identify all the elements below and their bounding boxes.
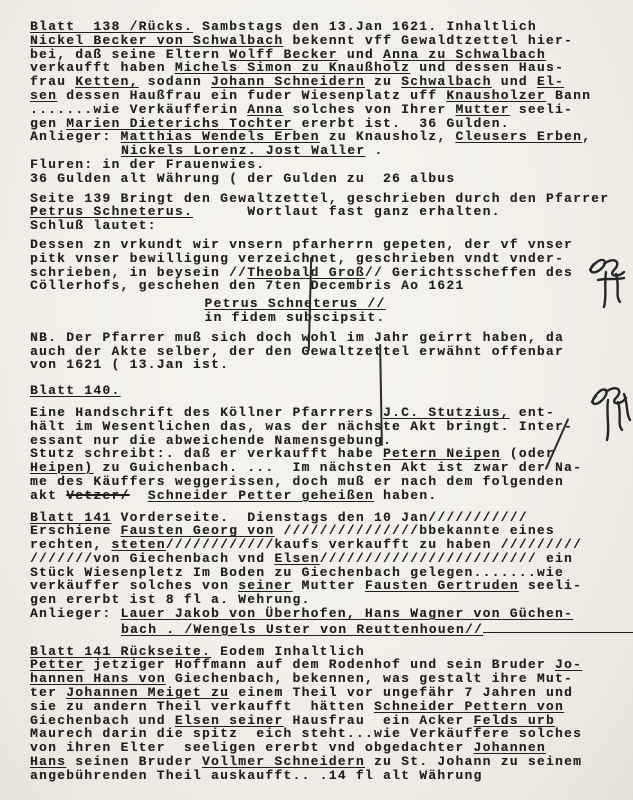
underlined-text: Nickel Becker von Schwalbach [30,33,283,48]
document-line: auch der Akte selber, der den Gewaltzett… [30,345,620,359]
text-run: Sambstags den 13.Jan 1621. Inhaltlich [193,19,537,34]
document-line: Anlieger: Lauer Jakob von Überhofen, Han… [30,607,620,621]
text-run: Anlieger: [30,606,121,621]
text-run: haben. [374,488,437,503]
document-line: von ihren Elter seeligen ererbt vnd obge… [30,741,620,755]
underlined-text: Wolff Becker [229,47,338,62]
document-line: verkaufft haben Michels Simon zu Knaußho… [30,61,620,75]
text-run: , [582,129,591,144]
underlined-text: Vollmer Schneidern [202,754,365,769]
text-run: dessen Haußfrau ein fuder Wiesenplatz uf… [57,88,446,103]
underlined-text: El- [537,74,564,89]
text-run: zu Knausholz, [320,129,456,144]
document-line: Blatt 141 Rückseite. Eodem Inhaltlich [30,645,620,659]
underlined-text: Matthias Wendels Erben [121,129,320,144]
text-run: sie zu andern Theil verkaufft hätten [30,699,374,714]
text-run: auch der Akte selber, der den Gewaltzett… [30,344,564,359]
document-line: essant nur die abweichende Namensgebung. [30,434,620,448]
text-run: ///////////////bbekannte eines [274,523,555,538]
underlined-text: J.C. Stutzius, [383,405,510,420]
document-line: Schluß lautet: [30,219,620,233]
text-run: Maurech darin die spitz eich steht...wie… [30,726,582,741]
text-run: Erschiene [30,523,121,538]
document-line: Blatt 138 /Rücks. Sambstags den 13.Jan 1… [30,20,620,34]
text-run: seeli- [519,578,582,593]
underlined-text: Fausten Georg von [121,523,275,538]
text-run: 36 Gulden alt Währung ( der Gulden zu 26… [30,171,455,186]
text-run: pitk vnser bewilligung verzeichnet, gesc… [30,251,564,266]
document-line: Anlieger: Matthias Wendels Erben zu Knau… [30,130,620,144]
text-run: ererbt ist. 36 Gulden. [293,116,510,131]
underlined-text: Elsen [274,551,319,566]
document-line: sen dessen Haußfrau ein fuder Wiesenplat… [30,89,620,103]
underlined-text: seiner [238,578,292,593]
underlined-text: Fausten Gertruden [365,578,519,593]
scanned-document-page: Blatt 138 /Rücks. Sambstags den 13.Jan 1… [0,0,633,800]
document-line: von 1621 ( 13.Jan ist. [30,358,620,372]
document-line: Stutz schreibt:. daß er verkaufft habe P… [30,447,620,461]
document-line: Maurech darin die spitz eich steht...wie… [30,727,620,741]
document-line: Hans seinen Bruder Vollmer Schneidern zu… [30,755,620,769]
underlined-text: Schneider Petter geheißen [148,488,374,503]
underlined-text: Johann Schneidern [211,74,365,89]
document-line: Fluren: in der Frauenwies. [30,158,620,172]
document-line: frau Ketten, sodann Johann Schneidern zu… [30,75,620,89]
text-run: Vorderseite. Dienstags den 10 Jan///////… [111,510,527,525]
handwritten-initials-icon [588,380,632,451]
document-line: hannen Hans von Giechenbach, bekennen, w… [30,672,620,686]
underlined-text: Elsen seiner [175,713,284,728]
text-run: zu [365,74,401,89]
handwritten-initials-icon [584,250,632,319]
underlined-text: Jo- [555,657,582,672]
text-run: Giechenbach und [30,713,175,728]
extended-underline-rule [483,621,633,633]
text-run: schrieben, in beysein // [30,265,247,280]
document-line: ///////von Giechenbach vnd Elsen////////… [30,552,620,566]
text-run: von 1621 ( 13.Jan ist. [30,357,229,372]
text-run [130,488,148,503]
text-run: seeli- [510,102,573,117]
text-run: bekennt vff Gewaldtzettel hier- [283,33,573,48]
document-line: .......wie Verkäufferin Anna solches von… [30,103,620,117]
document-line: Petrus Schneterus. Wortlaut fast ganz er… [30,205,620,219]
document-line: Eine Handschrift des Köllner Pfarrrers J… [30,406,620,420]
text-run: // Gerichtsscheffen des [365,265,573,280]
underlined-text: Nickels Lorenz. Jost Waller [121,143,365,158]
underlined-text: Ketten, [75,74,138,89]
text-run: Dessen zn vrkundt wir vnsern pfarherrn g… [30,237,573,252]
document-line: 36 Gulden alt Währung ( der Gulden zu 26… [30,172,620,186]
document-line: Blatt 141 Vorderseite. Dienstags den 10 … [30,511,620,525]
text-run: me des Käuffers weggerissen, doch muß er… [30,474,564,489]
text-run: Wortlaut fast ganz erhalten. [193,204,501,219]
document-line: Blatt 140. [30,384,620,398]
text-run: Cöllerhofs, geschehen den 7ten Decembris… [30,278,464,293]
underlined-text: Theobald Groß [247,265,365,280]
text-run: gen [30,116,66,131]
underlined-text: Anna zu Schwalbach [383,47,546,62]
underlined-text: Johannen Meiget zu [66,685,229,700]
document-line: gen ererbt ist 8 fl a. Wehrung. [30,593,620,607]
underlined-text: Blatt 140. [30,383,121,398]
text-run: NB. Der Pfarrer muß sich doch wohl im Ja… [30,330,564,345]
underlined-text: sen [30,88,57,103]
text-run: frau [30,74,75,89]
document-line: NB. Der Pfarrer muß sich doch wohl im Ja… [30,331,620,345]
document-line: Stück Wiesenpletz Im Boden zu Giechenbac… [30,566,620,580]
text-run: ter [30,685,66,700]
document-line: Nickels Lorenz. Jost Waller . [30,144,620,158]
text-run: zu St. Johann zu seinem [365,754,582,769]
text-run: in fidem subscipsit. [204,310,385,325]
document-line: rechten, steten////////////kaufs verkauf… [30,538,620,552]
text-run: Eodem Inhaltlich [211,644,365,659]
text-run: sodann [139,74,211,89]
text-run: rechten, [30,537,111,552]
text-run: Seite 139 Bringt den Gewaltzettel, gesch… [30,191,609,206]
document-line: hält im Wesentlichen das, was der nächst… [30,420,620,434]
text-run: Mutter [293,578,365,593]
text-run: und dessen Haus- [410,60,564,75]
text-run: jetziger Hoffmann auf dem Rodenhof und s… [84,657,555,672]
underlined-text: Blatt 138 /Rücks. [30,19,193,34]
document-line: Dessen zn vrkundt wir vnsern pfarherrn g… [30,238,620,252]
text-run: ent- [510,405,555,420]
text-run: verkaufft haben [30,60,175,75]
text-run: hält im Wesentlichen das, was der nächst… [30,419,573,434]
underlined-text: Petrus Schneterus // [204,296,385,311]
document-line: akt Vetzer/ Schneider Petter geheißen ha… [30,489,620,503]
text-run: .......wie Verkäufferin [30,102,247,117]
document-line: Nickel Becker von Schwalbach bekennt vff… [30,34,620,48]
text-run: Schluß lautet: [30,218,157,233]
document-line: ter Johannen Meiget zu einem Theil vor u… [30,686,620,700]
underlined-text: Petern Neipen [383,446,501,461]
underlined-text: Blatt 141 [30,510,111,525]
document-line: bach . /Wengels Uster von Reuttenhouen// [30,621,620,637]
document-line: Seite 139 Bringt den Gewaltzettel, gesch… [30,192,620,206]
underlined-text: Anna [247,102,283,117]
underlined-text: Cleusers Erben [455,129,582,144]
underlined-text: Blatt 141 Rückseite. [30,644,211,659]
text-run: angebührenden Theil auskaufft.. .14 fl a… [30,768,483,783]
underlined-text: Michels Simon zu Knaußholz [175,60,410,75]
text-run: und [338,47,383,62]
underlined-text: Schwalbach [401,74,492,89]
document-line: schrieben, in beysein //Theobald Groß// … [30,266,620,280]
text-run: Bann [546,88,591,103]
struck-out-text: Vetzer/ [66,488,129,503]
text-run: Eine Handschrift des Köllner Pfarrrers [30,405,383,420]
underlined-text: steten [111,537,165,552]
text-run: Anlieger: [30,129,121,144]
document-line: Petrus Schneterus // [30,297,620,311]
document-line: Petter jetziger Hoffmann auf dem Rodenho… [30,658,620,672]
document-line: Heipen) zu Guichenbach. ... Im nächsten … [30,461,620,475]
text-run: . [365,143,383,158]
document-line: gen Marien Dieterichs Tochter ererbt ist… [30,117,620,131]
text-run: verkäuffer solches von [30,578,238,593]
text-run: ////////////kaufs verkaufft zu haben ///… [166,537,582,552]
underlined-text: Felds urb [474,713,555,728]
text-run: essant nur die abweichende Namensgebung. [30,433,392,448]
text-run: Hausfrau ein Acker [283,713,473,728]
underlined-text: Lauer Jakob von Überhofen, Hans Wagner v… [121,606,574,621]
document-line: pitk vnser bewilligung verzeichnet, gesc… [30,252,620,266]
typewritten-text-block: Blatt 138 /Rücks. Sambstags den 13.Jan 1… [30,20,620,783]
text-run: //////////////////////// ein [320,551,573,566]
underlined-text: Petter [30,657,84,672]
underlined-text: Petrus Schneterus. [30,204,193,219]
text-run: Stutz schreibt:. daß er verkaufft habe [30,446,383,461]
text-run: einem Theil vor ungefähr 7 Jahren und [229,685,573,700]
underlined-text: Johannen [474,740,546,755]
underlined-text: bach . /Wengels Uster von Reuttenhouen// [121,622,483,637]
document-line: Cöllerhofs, geschehen den 7ten Decembris… [30,279,620,293]
document-line: me des Käuffers weggerissen, doch muß er… [30,475,620,489]
underlined-text: Knausholzer [446,88,546,103]
document-line: bei, daß seine Eltern Wolff Becker und A… [30,48,620,62]
text-run: Stück Wiesenpletz Im Boden zu Giechenbac… [30,565,564,580]
text-run: zu Guichenbach. ... Im nächsten Akt ist … [93,460,582,475]
document-line: angebührenden Theil auskaufft.. .14 fl a… [30,769,620,783]
text-run: seinen Bruder [66,754,202,769]
underlined-text: Schneider Pettern von [374,699,564,714]
underlined-text: hannen Hans von [30,671,166,686]
text-run: bei, daß seine Eltern [30,47,229,62]
underlined-text: Hans [30,754,66,769]
underlined-text: Marien Dieterichs Tochter [66,116,292,131]
text-run: ///////von Giechenbach vnd [30,551,274,566]
document-line: Erschiene Fausten Georg von ////////////… [30,524,620,538]
document-line: in fidem subscipsit. [30,311,620,325]
text-run: (oder [501,446,555,461]
text-run: Giechenbach, bekennen, was gestalt ihre … [166,671,573,686]
text-run: solches von Ihrer [283,102,455,117]
text-run: akt [30,488,66,503]
text-run: und [492,74,537,89]
underlined-text: Heipen) [30,460,93,475]
text-run: Fluren: in der Frauenwies. [30,157,265,172]
document-line: sie zu andern Theil verkaufft hätten Sch… [30,700,620,714]
underlined-text: Mutter [455,102,509,117]
text-run: von ihren Elter seeligen ererbt vnd obge… [30,740,474,755]
document-line: Giechenbach und Elsen seiner Hausfrau ei… [30,714,620,728]
document-line: verkäuffer solches von seiner Mutter Fau… [30,579,620,593]
